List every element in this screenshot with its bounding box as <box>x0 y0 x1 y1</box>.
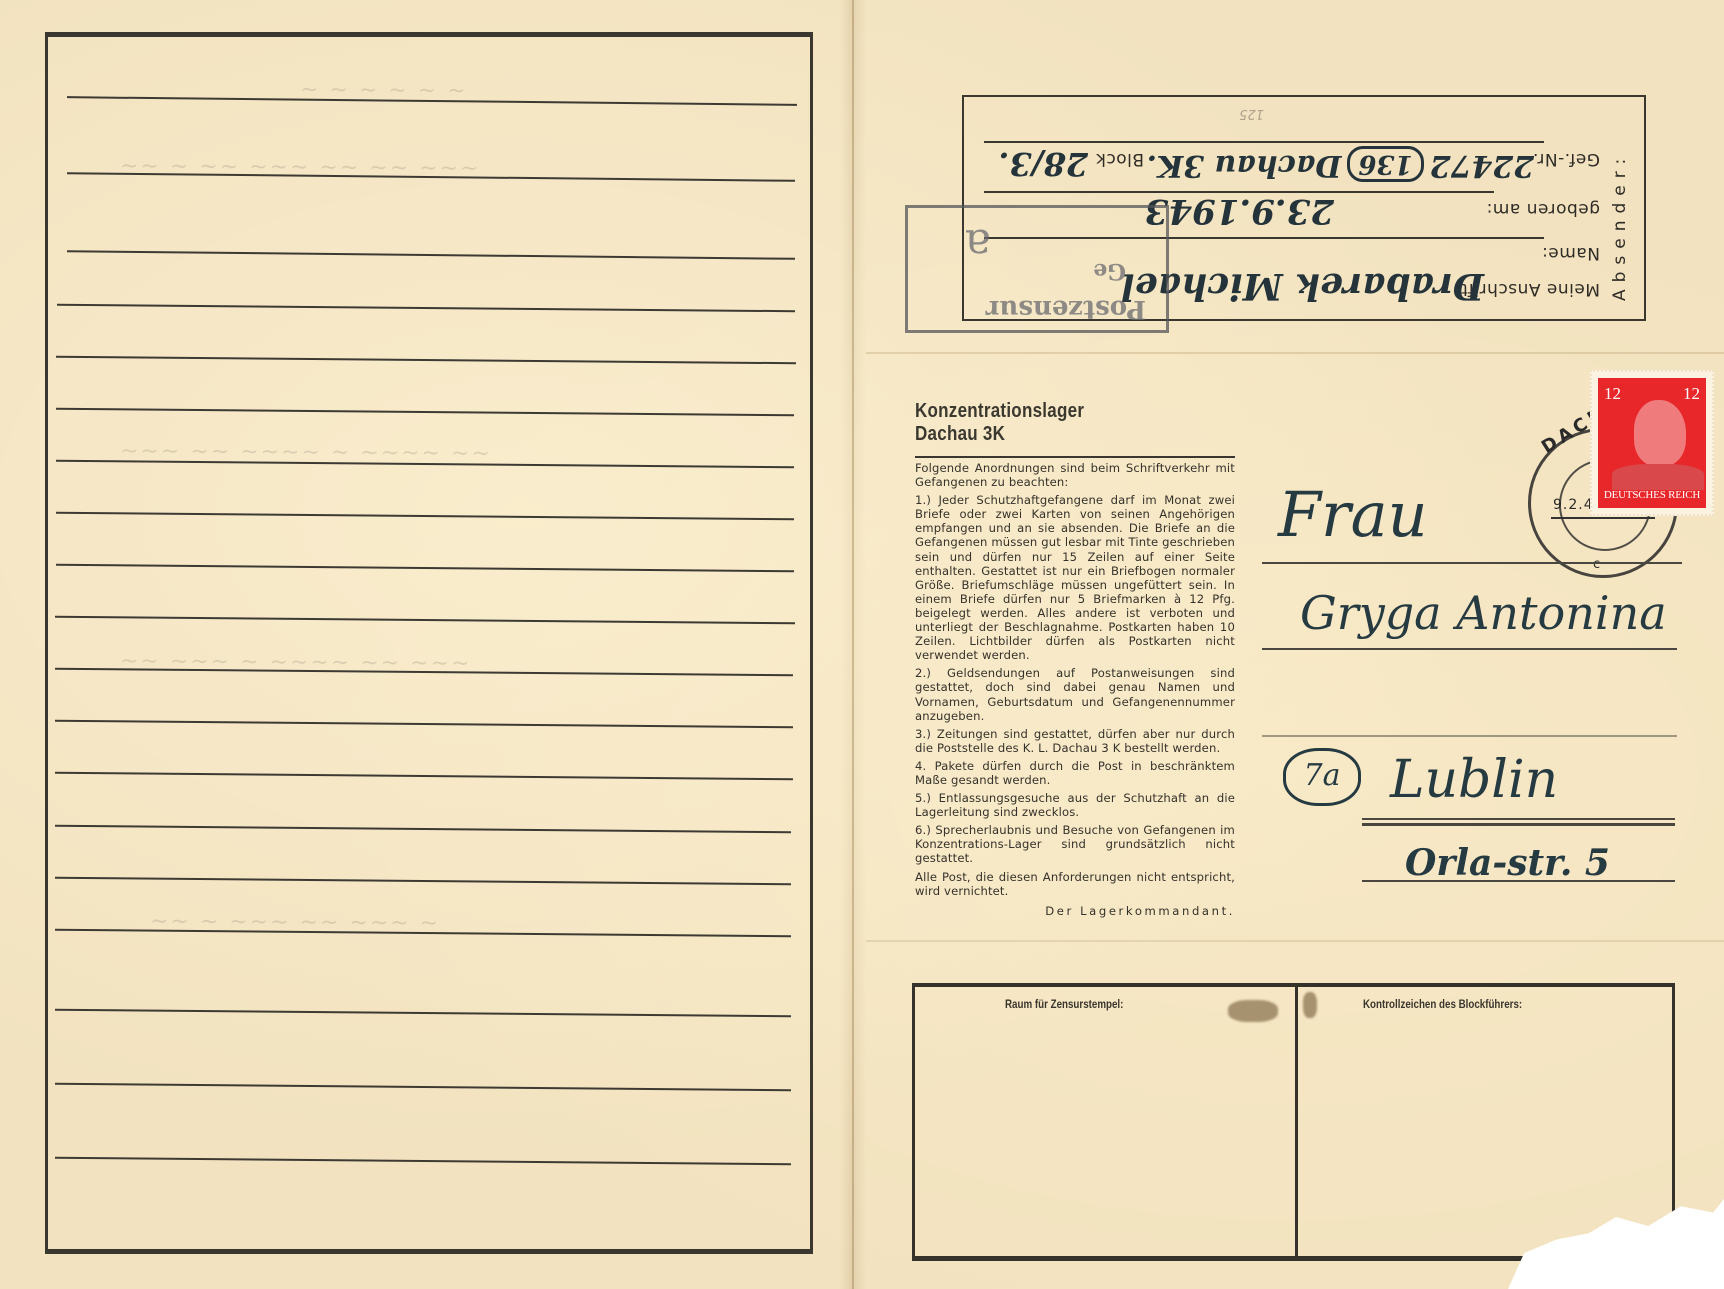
bleed-through-writing: ~~ ~ ~~~ ~~ ~~~ ~ <box>150 909 440 936</box>
stamp-country: DEUTSCHES REICH <box>1598 489 1706 501</box>
sender-heading: Absender: <box>1610 152 1634 301</box>
regulation-item-5: 5.) Entlassungsgesuche aus der Schutzhaf… <box>915 791 1235 819</box>
born-underline <box>984 192 1494 194</box>
address-line-2 <box>1262 648 1677 650</box>
regulation-item-6: 6.) Sprecherlaubnis und Besuche von Gefa… <box>915 823 1235 865</box>
stamp-value-right: 12 <box>1683 384 1700 404</box>
sender-name-handwritten: Drabarek Michael <box>1121 265 1484 307</box>
ink-stain <box>1228 1000 1278 1022</box>
center-fold <box>852 0 854 1289</box>
recipient-salutation: Frau <box>1278 478 1428 551</box>
city-double-underline <box>1362 823 1675 826</box>
recipient-name: Gryga Antonina <box>1300 586 1667 640</box>
regulation-item-4: 4. Pakete dürfen durch die Post in besch… <box>915 759 1235 787</box>
block-leader-label: Kontrollzeichen des Blockführers: <box>1363 999 1522 1011</box>
prisoner-number-handwritten: 22472136Dachau 3K. <box>1147 146 1534 183</box>
recipient-street: Orla-str. 5 <box>1405 842 1610 884</box>
censor-space-label: Raum für Zensurstempel: <box>1005 999 1123 1011</box>
city-underline <box>1362 818 1675 820</box>
commandant-signature: Der Lagerkommandant. <box>915 904 1235 918</box>
camp-title-line2: Dachau 3K <box>915 423 1187 446</box>
zone-mark: 7a <box>1283 748 1361 806</box>
camp-regulations: Konzentrationslager Dachau 3K Folgende A… <box>915 400 1235 918</box>
left-page-frame <box>45 32 813 1254</box>
camp-title-line1: Konzentrationslager <box>915 400 1187 423</box>
censor-stamp-line2: Ge <box>1093 258 1126 284</box>
postmark-code: c <box>1593 557 1600 572</box>
horizontal-fold-lower <box>866 940 1724 942</box>
regulations-closing: Alle Post, die diesen Anforderungen nich… <box>915 870 1235 898</box>
bleed-through-writing: ~ ~ ~ ~ ~ ~ <box>300 77 468 103</box>
prisoner-number-label: Gef.-Nr. <box>1533 149 1600 169</box>
address-line-1 <box>1262 562 1682 564</box>
horizontal-fold <box>866 352 1724 354</box>
name-label: Name: <box>1542 243 1600 263</box>
regulation-item-3: 3.) Zeitungen sind gestattet, dürfen abe… <box>915 727 1235 755</box>
control-boxes: Raum für Zensurstempel: Kontrollzeichen … <box>912 983 1675 1261</box>
stamp-value-left: 12 <box>1604 384 1621 404</box>
block-label: Block <box>1096 149 1144 169</box>
regulation-item-2: 2.) Geldsendungen auf Postanweisungen si… <box>915 666 1235 722</box>
postage-stamp: 12 12 DEUTSCHES REICH <box>1590 370 1714 516</box>
block-underline <box>984 142 1544 144</box>
stamp-face: 12 12 DEUTSCHES REICH <box>1598 378 1706 508</box>
ink-stain <box>1303 992 1317 1018</box>
censor-stamp: Postzensur Ge a <box>905 205 1169 333</box>
title-rule <box>915 456 1235 458</box>
regulation-item-1: 1.) Jeder Schutzhaftgefangene darf im Mo… <box>915 493 1235 662</box>
portrait-icon <box>1634 400 1686 466</box>
portrait-shoulders <box>1612 464 1704 490</box>
bleed-through-writing: ~~~ ~~ ~~~~ ~ ~~~~ ~~ <box>120 439 492 467</box>
regulations-intro: Folgende Anordnungen sind beim Schriftve… <box>915 461 1235 489</box>
block-value-handwritten: 28/3. <box>998 145 1088 183</box>
born-date-handwritten: 23.9.1943 <box>1145 191 1334 231</box>
bleed-through-writing: ~~ ~~~ ~ ~~~~ ~~ ~~~ <box>120 649 472 676</box>
pencil-note: 125 <box>1239 106 1264 121</box>
bleed-through-writing: ~~ ~ ~~ ~~~ ~~ ~~ ~~~ <box>120 154 481 182</box>
camp-name: Dachau 3K. <box>1147 148 1342 183</box>
postmark-bar <box>1551 517 1655 519</box>
recipient-city: Lublin <box>1390 750 1558 810</box>
censor-stamp-mark: a <box>965 219 991 270</box>
prisoner-number: 22472 <box>1430 148 1534 183</box>
born-label: geboren am: <box>1486 199 1600 219</box>
address-line-3 <box>1262 735 1677 737</box>
censor-stamp-line1: Postzensur <box>986 294 1146 324</box>
address-line-5 <box>1362 880 1675 882</box>
circled-mark: 136 <box>1347 146 1423 182</box>
boxes-divider <box>1295 987 1298 1256</box>
